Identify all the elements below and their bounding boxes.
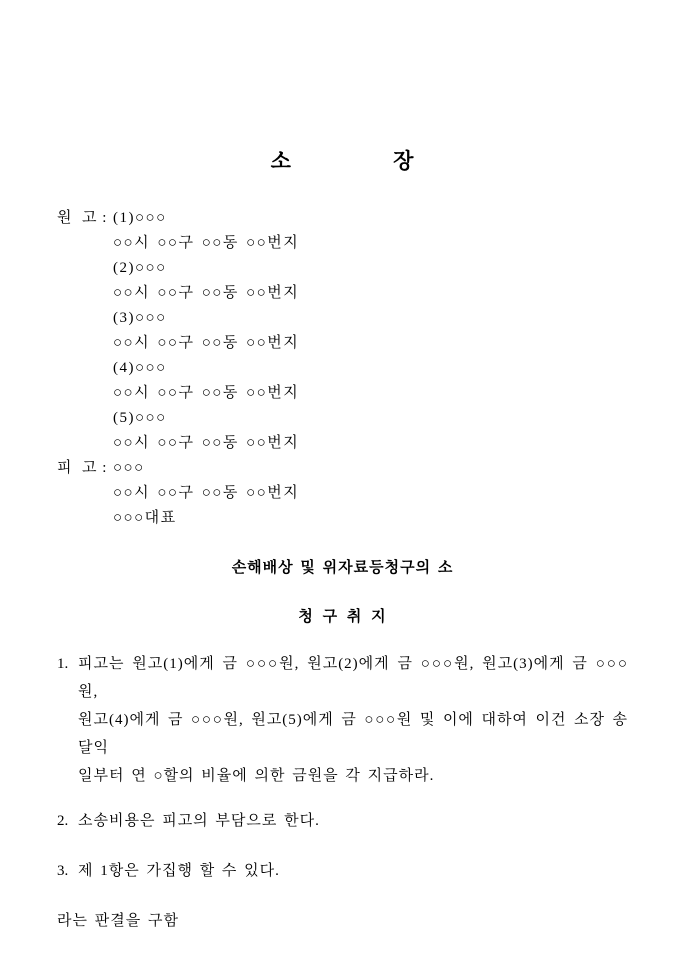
plaintiff-label: 원 고 : [57,206,112,231]
claim-line: 소송비용은 피고의 부담으로 한다. [78,807,628,835]
claim-item-2: 2. 소송비용은 피고의 부담으로 한다. [57,807,628,835]
claim-body: 제 1항은 가집행 할 수 있다. [78,857,628,885]
claim-number: 1. [57,650,78,678]
plaintiff-address: ○○시 ○○구 ○○동 ○○번지 [113,281,628,306]
plaintiff-name: (4)○○○ [113,356,628,381]
plaintiff-address: ○○시 ○○구 ○○동 ○○번지 [113,231,628,256]
claims-heading: 청 구 취 지 [57,607,628,627]
defendant-representative: ○○○대표 [113,506,628,531]
plaintiff-address: ○○시 ○○구 ○○동 ○○번지 [113,331,628,356]
defendant-lines: ○○○ ○○시 ○○구 ○○동 ○○번지 ○○○대표 [113,456,628,531]
defendant-address: ○○시 ○○구 ○○동 ○○번지 [113,481,628,506]
defendant-name: ○○○ [113,456,628,481]
plaintiff-name: (2)○○○ [113,256,628,281]
claim-number: 2. [57,807,78,835]
claim-number: 3. [57,857,78,885]
plaintiff-lines: (1)○○○ ○○시 ○○구 ○○동 ○○번지 (2)○○○ ○○시 ○○구 ○… [113,206,628,456]
case-title: 손해배상 및 위자료등청구의 소 [57,558,628,578]
claim-line: 일부터 연 ○할의 비율에 의한 금원을 각 지급하라. [78,762,628,790]
defendant-block: 피 고 : ○○○ ○○시 ○○구 ○○동 ○○번지 ○○○대표 [57,456,628,531]
plaintiff-block: 원 고 : (1)○○○ ○○시 ○○구 ○○동 ○○번지 (2)○○○ ○○시… [57,206,628,456]
claim-item-1: 1. 피고는 원고(1)에게 금 ○○○원, 원고(2)에게 금 ○○○원, 원… [57,650,628,790]
plaintiff-name: (1)○○○ [113,206,628,231]
claim-body: 피고는 원고(1)에게 금 ○○○원, 원고(2)에게 금 ○○○원, 원고(3… [78,650,628,790]
claim-body: 소송비용은 피고의 부담으로 한다. [78,807,628,835]
plaintiff-address: ○○시 ○○구 ○○동 ○○번지 [113,431,628,456]
plaintiff-name: (5)○○○ [113,406,628,431]
claim-line: 제 1항은 가집행 할 수 있다. [78,857,628,885]
plaintiff-address: ○○시 ○○구 ○○동 ○○번지 [113,381,628,406]
document-title: 소 장 [57,146,628,176]
closing-line: 라는 판결을 구함 [57,907,628,935]
claim-line: 피고는 원고(1)에게 금 ○○○원, 원고(2)에게 금 ○○○원, 원고(3… [78,650,628,706]
claim-item-3: 3. 제 1항은 가집행 할 수 있다. [57,857,628,885]
plaintiff-name: (3)○○○ [113,306,628,331]
defendant-label: 피 고 : [57,456,112,481]
legal-document-page: 소 장 원 고 : (1)○○○ ○○시 ○○구 ○○동 ○○번지 (2)○○○… [0,0,680,962]
claim-line: 원고(4)에게 금 ○○○원, 원고(5)에게 금 ○○○원 및 이에 대하여 … [78,706,628,762]
